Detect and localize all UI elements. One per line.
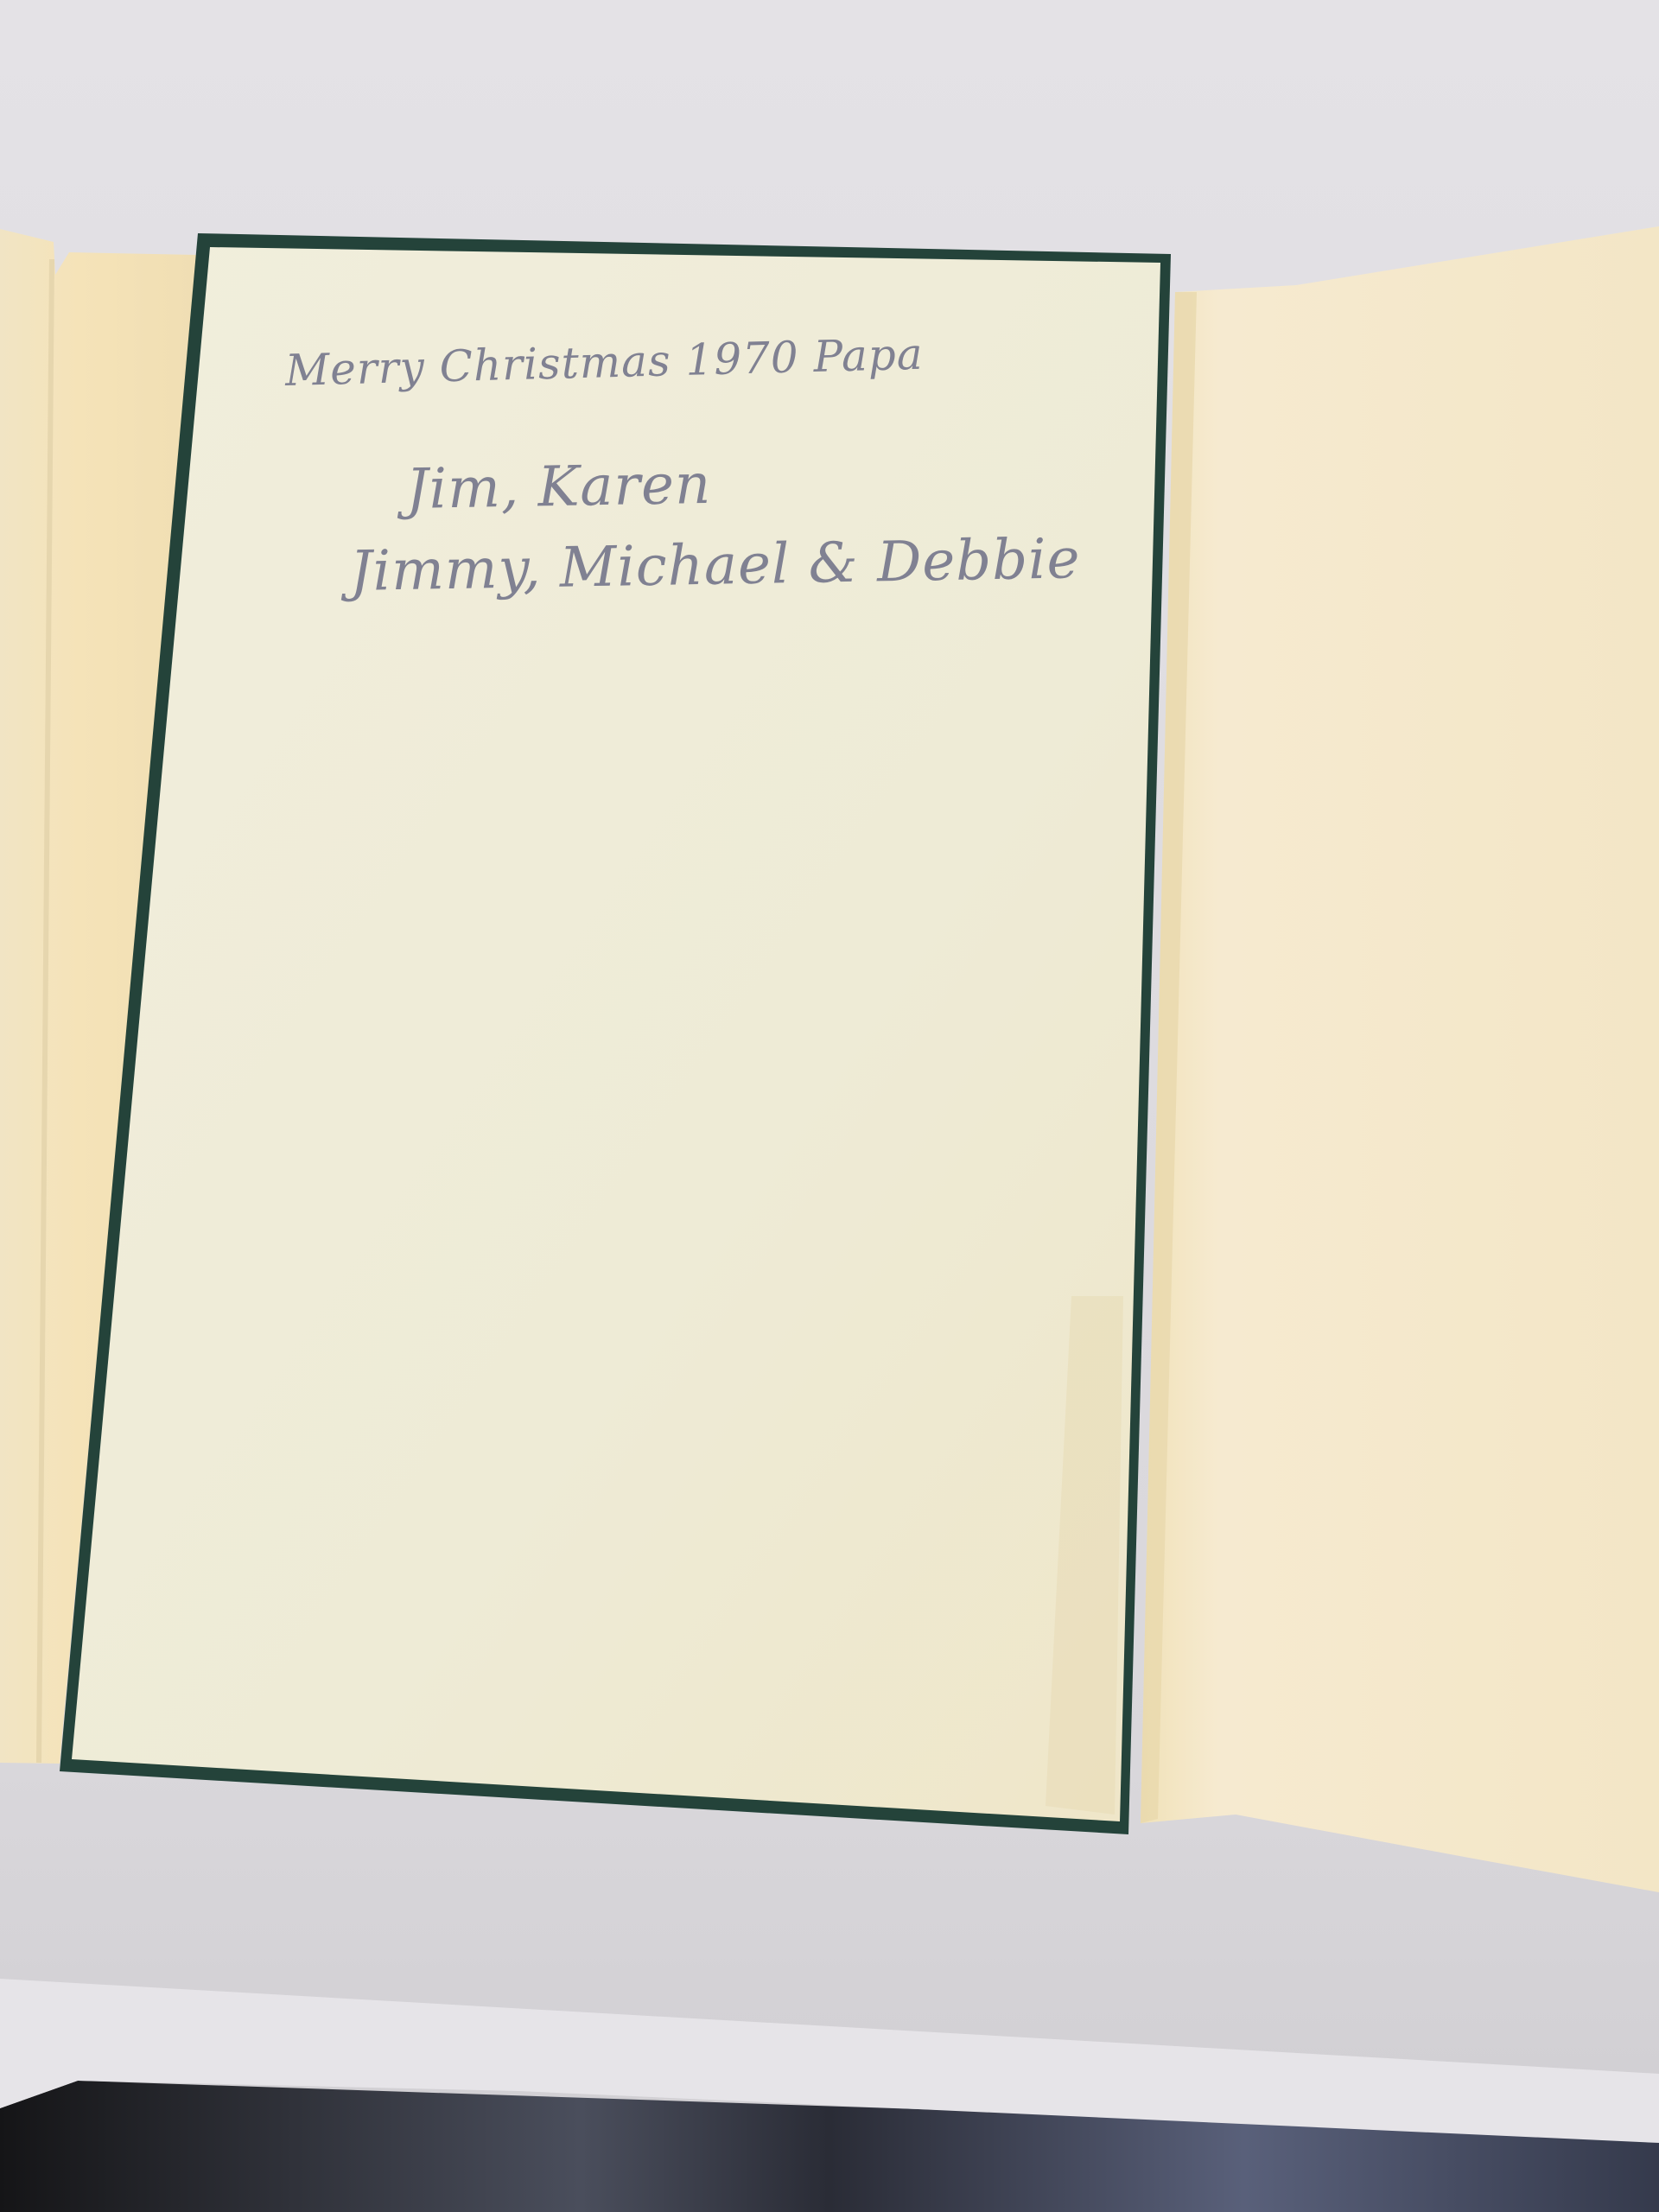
flyleaf-page (1141, 226, 1659, 1892)
inscription-line-recipients-children: Jimmy, Michael & Debbie (349, 527, 1081, 604)
inscription-line-recipients-parents: Jim, Karen (405, 453, 711, 522)
book-photo: Merry Christmas 1970 Papa Jim, Karen Jim… (0, 0, 1659, 2212)
